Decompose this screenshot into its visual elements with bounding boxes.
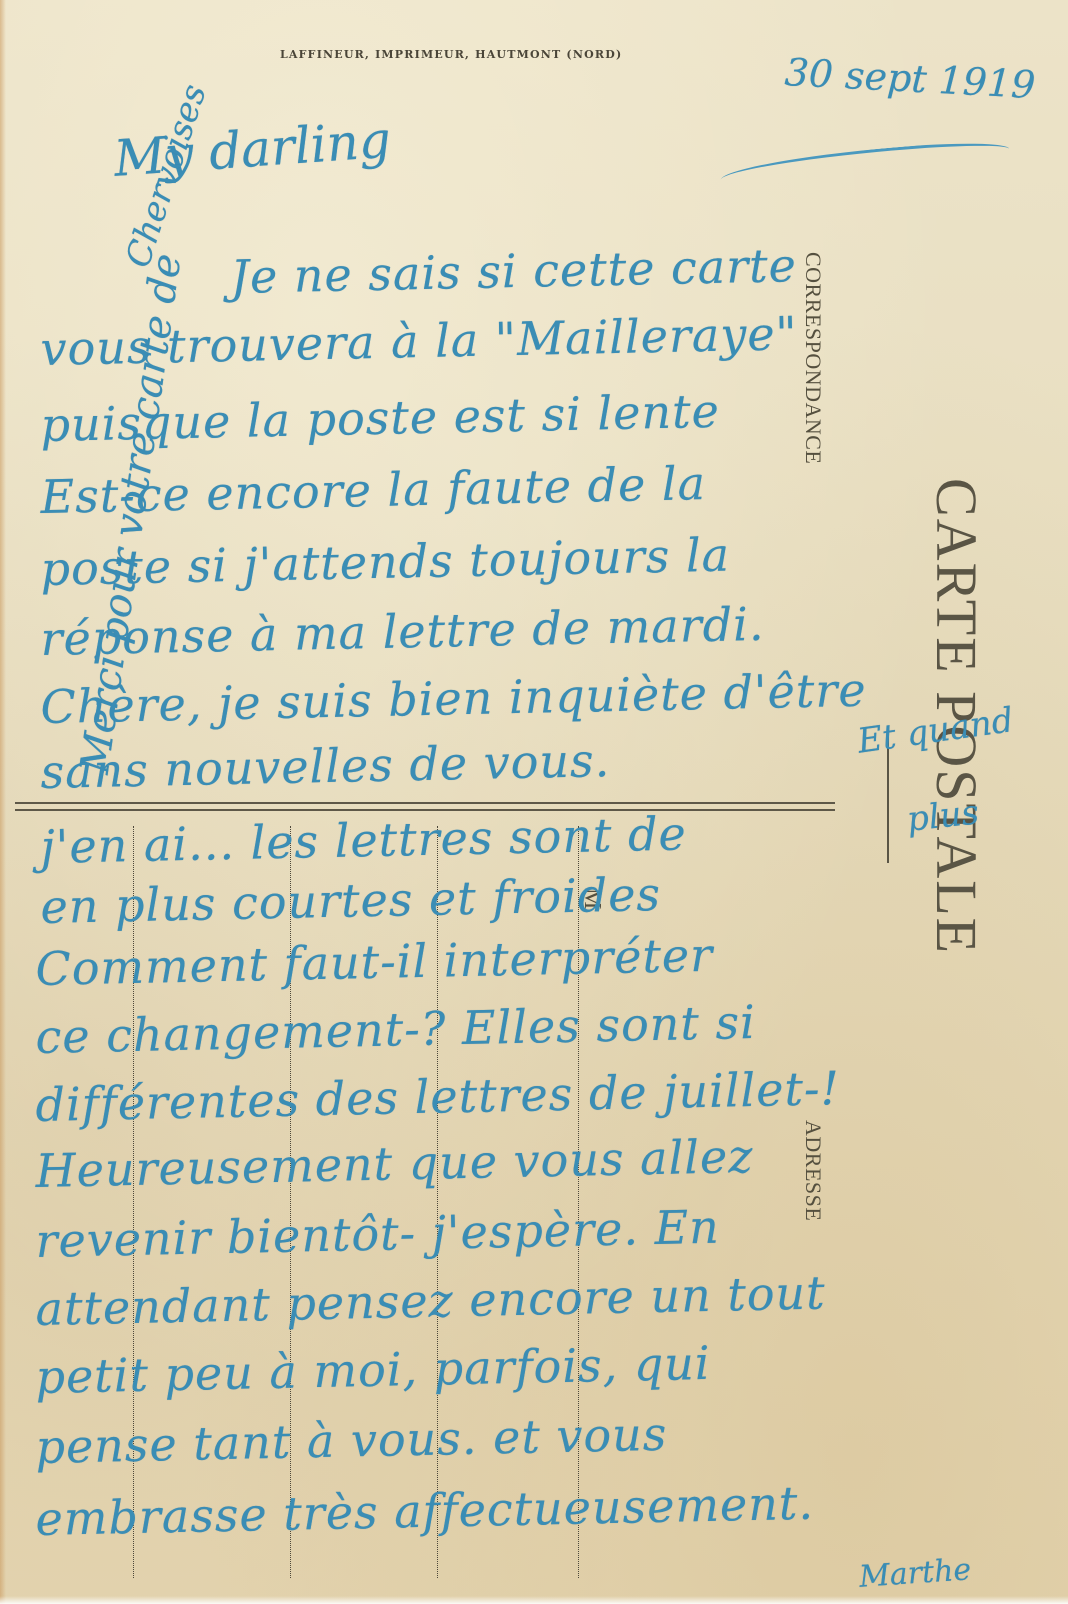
letter-line: petit peu à moi, parfois, qui [35, 1336, 711, 1404]
letter-line: attendant pensez encore un tout [35, 1265, 826, 1336]
letter-line: sans nouvelles de vous. [40, 733, 611, 799]
correspondance-label: CORRESPONDANCE [800, 252, 826, 464]
adresse-label: ADRESSE [800, 1120, 826, 1221]
letter-line: pense tant à vous. et vous [35, 1407, 668, 1474]
printer-imprint: LAFFINEUR, IMPRIMEUR, HAUTMONT (NORD) [280, 48, 622, 61]
letter-line: réponse à ma lettre de mardi. [40, 597, 765, 666]
letter-line: Chère, je suis bien inquiète d'être [40, 663, 867, 734]
letter-line: Comment faut-il interpréter [35, 928, 714, 996]
letter-line: revenir bientôt- j'espère. En [35, 1200, 720, 1268]
horizontal-rule-top [15, 802, 835, 804]
letter-line: Heureusement que vous allez [35, 1129, 754, 1198]
letter-line: embrasse très affectueusement. [35, 1476, 814, 1546]
paper-edge-left [0, 0, 6, 1604]
postcard-back: LAFFINEUR, IMPRIMEUR, HAUTMONT (NORD) CO… [0, 0, 1068, 1604]
handwritten-date: 30 sept 1919 [784, 50, 1037, 107]
signature: Marthe [858, 1552, 972, 1595]
paper-edge-bottom [0, 1596, 1068, 1604]
letter-line: différentes des lettres de juillet-! [35, 1061, 840, 1132]
letter-line: j'en ai... les lettres sont de [40, 806, 687, 874]
horizontal-rule-bottom [15, 809, 835, 811]
letter-line: en plus courtes et froides [40, 867, 662, 934]
aside-right-2: plus [905, 792, 981, 839]
letter-line: ce changement-? Elles sont si [35, 995, 756, 1064]
letter-line: Je ne sais si cette carte [230, 238, 797, 304]
date-flourish [719, 137, 1010, 191]
